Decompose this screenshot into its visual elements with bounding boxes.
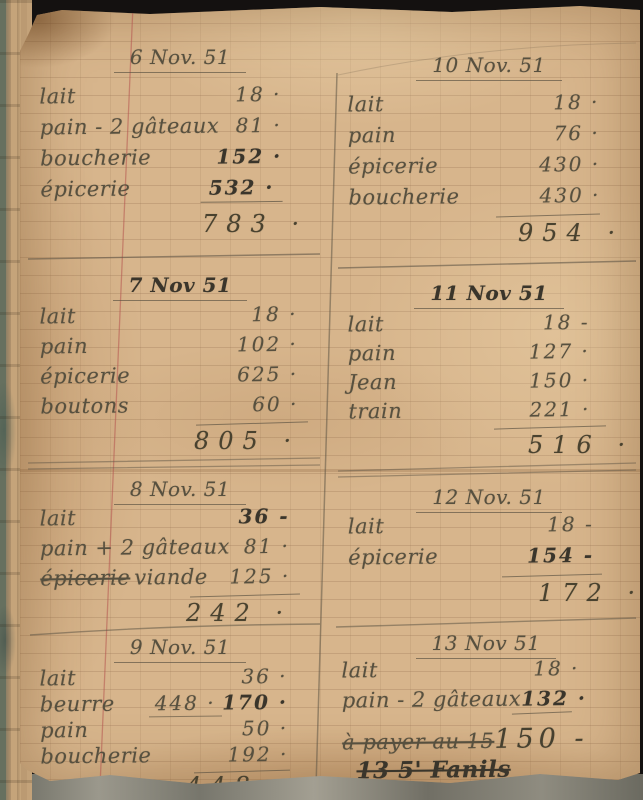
entry-amount: 18 · <box>553 90 599 114</box>
date-text: 9 Nov. 51 <box>114 635 246 663</box>
entry-amount: 50 · <box>242 716 288 740</box>
entry-amount: 76 · <box>553 121 599 145</box>
date-heading: 12 Nov. 51 <box>342 485 636 509</box>
entry-amount: 18 - <box>547 512 594 536</box>
entry-label: pain + 2 gâteaux <box>40 534 230 560</box>
date-heading: 9 Nov. 51 <box>34 635 326 659</box>
ledger-block-13nov: 13 Nov 51 lait 18 · pain - 2 gâteaux 132… <box>336 631 636 786</box>
ledger-row: lait 36 · <box>33 663 325 692</box>
ledger-row: lait 18 · <box>335 655 635 688</box>
ledger-row: épicerie viande 125 · <box>34 563 326 596</box>
entry-label: lait <box>39 84 76 108</box>
entry-label: lait <box>347 312 384 336</box>
ledger-row: boutons 60 · <box>34 391 326 424</box>
entry-amount: 81 · <box>244 534 290 558</box>
ledger-block-10nov: 10 Nov. 51 lait 18 · pain 76 · épicerie … <box>342 53 636 247</box>
ledger-row: pain - 2 gâteaux 132 · <box>336 685 636 718</box>
entry-label: pain <box>348 123 396 148</box>
ledger-row: lait 18 · <box>341 89 635 123</box>
total-text: 805 · <box>194 427 300 455</box>
date-text: 13 Nov 51 <box>416 631 557 659</box>
date-text: 7 Nov 51 <box>113 273 248 301</box>
ledger-row: lait 18 - <box>341 309 635 341</box>
entry-amount: 154 - <box>527 543 594 568</box>
entry-amount: 36 · <box>241 664 287 688</box>
total-amount: 172 · <box>538 579 636 607</box>
date-heading: 8 Nov. 51 <box>34 477 326 501</box>
entry-amount: 60 · <box>252 392 298 416</box>
ledger-row: train 221 · <box>342 396 636 428</box>
entry-label: pain <box>40 334 88 359</box>
entry-label-struck: épicerie <box>40 566 130 591</box>
entry-label: lait <box>39 666 76 690</box>
ledger-row: pain 102 · <box>34 331 326 364</box>
scanned-notebook-page: 6 Nov. 51 lait 18 · pain - 2 gâteaux 81 … <box>0 0 643 800</box>
entry-amount: 36 - <box>238 504 289 529</box>
entry-label: lait <box>341 658 378 682</box>
ledger-row: lait 36 - <box>34 503 326 536</box>
ledger-block-12nov: 12 Nov. 51 lait 18 - épicerie 154 - 172 … <box>342 485 636 607</box>
entry-amount: 150 - <box>494 723 589 755</box>
entry-label: boucherie <box>40 743 151 768</box>
entry-amount: 430 · <box>539 152 600 177</box>
ledger-row: pain 127 · <box>342 338 636 370</box>
entry-amount: 170 · <box>222 690 288 715</box>
entry-amount: 81 · <box>236 113 282 137</box>
ledger-row: boucherie 430 · <box>342 182 636 216</box>
entry-label: beurre <box>40 692 115 717</box>
ledger-block-9nov: 9 Nov. 51 lait 36 · beurre 448 · 170 · p… <box>34 635 326 800</box>
total-text: 954 · <box>518 219 624 247</box>
entry-label: lait <box>40 506 77 530</box>
entry-label: train <box>348 399 402 424</box>
entry-label: Jean <box>348 370 397 395</box>
total-amount: 516 · <box>528 431 636 459</box>
entry-label: viande <box>134 565 208 590</box>
date-heading: 13 Nov 51 <box>336 631 636 655</box>
entry-amount: 221 · <box>529 397 590 422</box>
entry-note: 448 · <box>149 691 222 718</box>
date-text: 10 Nov. 51 <box>416 53 561 81</box>
total-amount: 242 · <box>186 599 326 627</box>
ledger-row: boucherie 152 · <box>34 143 326 177</box>
ledger-row: Jean 150 · <box>342 367 636 399</box>
entry-label: lait <box>347 92 384 116</box>
ledger-row: pain 76 · <box>342 120 636 154</box>
ledger-row: épicerie 625 · <box>34 361 326 394</box>
date-heading: 6 Nov. 51 <box>34 45 326 69</box>
ledger-block-8nov: 8 Nov. 51 lait 36 - pain + 2 gâteaux 81 … <box>34 477 326 627</box>
entry-amount: 127 · <box>529 339 590 364</box>
section-divider <box>28 458 320 469</box>
ledger-block-11nov: 11 Nov 51 lait 18 - pain 127 · Jean 150 … <box>342 281 636 459</box>
ledger-block-6nov: 6 Nov. 51 lait 18 · pain - 2 gâteaux 81 … <box>34 45 326 238</box>
entry-label: épicerie <box>348 154 438 179</box>
ledger-row: pain + 2 gâteaux 81 · <box>34 533 326 566</box>
entry-label: épicerie <box>40 364 130 389</box>
entry-label: épicerie <box>40 177 130 202</box>
entry-label: pain <box>40 718 88 743</box>
entry-amount: 532 · <box>201 175 283 203</box>
date-heading: 7 Nov 51 <box>34 273 326 297</box>
total-text: 242 · <box>186 599 292 627</box>
entry-amount: 102 · <box>237 332 298 357</box>
ledger-row: lait 18 - <box>342 511 636 545</box>
page-edge-bottom <box>10 774 643 800</box>
date-text: 11 Nov 51 <box>414 281 563 309</box>
date-text: 8 Nov. 51 <box>114 477 246 505</box>
ledger-row: boucherie 192 · <box>34 741 326 770</box>
ledger-row: beurre 448 · 170 · <box>34 689 326 718</box>
entry-amount: 625 · <box>237 362 298 387</box>
total-text: 172 · <box>538 579 643 607</box>
section-divider <box>28 254 320 259</box>
entry-amount: 18 · <box>235 82 281 106</box>
entry-label: pain - 2 gâteaux <box>40 114 220 140</box>
ledger-row: épicerie 430 · <box>342 151 636 185</box>
date-heading: 10 Nov. 51 <box>342 53 636 77</box>
ledger-row: lait 18 · <box>33 81 325 115</box>
entry-label: boutons <box>40 394 129 419</box>
entry-amount: 18 · <box>251 302 297 326</box>
entry-amount: 132 · <box>521 686 587 711</box>
date-text: 6 Nov. 51 <box>114 45 246 73</box>
entry-label: lait <box>348 514 385 538</box>
entry-label: boucherie <box>348 184 459 209</box>
entry-label: pain <box>348 341 396 366</box>
total-amount: 954 · <box>518 219 636 247</box>
total-amount: 805 · <box>194 427 326 455</box>
ledger-row: épicerie 532 · <box>34 174 326 208</box>
ledger-row: à payer au 15 150 - <box>336 722 636 755</box>
ledger-row: pain - 2 gâteaux 81 · <box>34 112 326 146</box>
entry-amount: 150 · <box>529 368 590 393</box>
entry-label: pain - 2 gâteaux <box>342 687 522 713</box>
entry-label: lait <box>39 304 76 328</box>
entry-amount: 192 · <box>227 742 288 767</box>
entry-label-struck: à payer au 15 <box>342 729 494 755</box>
section-divider <box>338 261 636 268</box>
ledger-page: 6 Nov. 51 lait 18 · pain - 2 gâteaux 81 … <box>20 5 640 787</box>
entry-label: boucherie <box>40 145 151 170</box>
date-heading: 11 Nov 51 <box>342 281 636 305</box>
ledger-block-7nov: 7 Nov 51 lait 18 · pain 102 · épicerie 6… <box>34 273 326 455</box>
entry-amount: 152 · <box>216 144 282 169</box>
total-text: 783 · <box>202 210 308 238</box>
entry-label: épicerie <box>348 545 438 570</box>
entry-amount: 430 · <box>539 183 600 208</box>
entry-amount: 125 · <box>229 564 290 589</box>
ledger-row: lait 18 · <box>33 301 325 334</box>
date-text: 12 Nov. 51 <box>416 485 561 513</box>
total-amount: 783 · <box>202 210 326 238</box>
entry-amount: 18 - <box>543 310 590 334</box>
ledger-row: épicerie 154 - <box>342 542 636 576</box>
total-text: 516 · <box>528 431 634 459</box>
entry-amount: 18 · <box>533 656 579 680</box>
ledger-row: pain 50 · <box>34 715 326 744</box>
section-divider <box>336 618 636 627</box>
section-divider <box>338 463 636 477</box>
